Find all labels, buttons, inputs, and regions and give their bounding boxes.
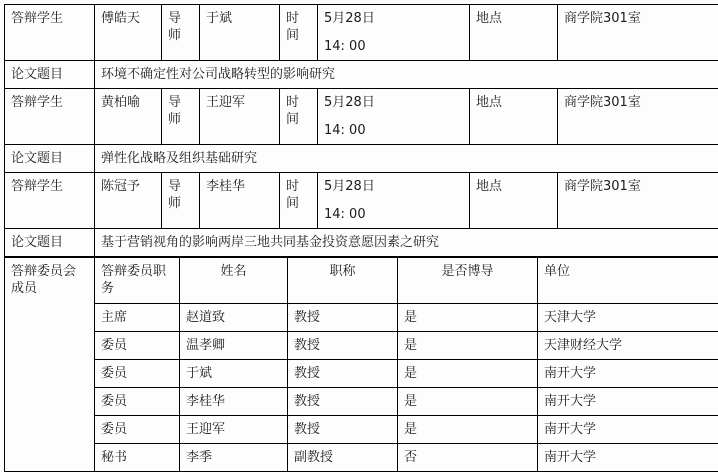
defense-session-table: 答辩学生 黄柏喻 导师 王迎军 时间 5月28日 14: 00 地点 商学院30… bbox=[4, 88, 718, 173]
defense-session-block: 答辩学生 陈冠予 导师 李桂华 时间 5月28日 14: 00 地点 商学院30… bbox=[4, 172, 714, 257]
thesis-label: 论文题目 bbox=[5, 145, 95, 173]
committee-header-doctoral-supervisor: 是否博导 bbox=[398, 258, 538, 304]
member-role: 委员 bbox=[95, 388, 180, 416]
committee-member-row: 委员 李桂华 教授 是 南开大学 bbox=[5, 388, 718, 416]
advisor-name: 王迎军 bbox=[200, 89, 280, 145]
member-doctoral-supervisor: 是 bbox=[398, 388, 538, 416]
defense-time: 14: 00 bbox=[324, 38, 463, 55]
member-doctoral-supervisor: 否 bbox=[398, 444, 538, 472]
student-label: 答辩学生 bbox=[5, 173, 95, 229]
member-role: 主席 bbox=[95, 304, 180, 332]
advisor-label: 导师 bbox=[162, 89, 200, 145]
committee-member-row: 委员 温孝卿 教授 是 天津财经大学 bbox=[5, 332, 718, 360]
member-title: 教授 bbox=[288, 304, 398, 332]
session-main-row: 答辩学生 傅皓天 导师 于斌 时间 5月28日 14: 00 地点 商学院301… bbox=[5, 5, 718, 61]
committee-member-row: 委员 于斌 教授 是 南开大学 bbox=[5, 360, 718, 388]
location-label: 地点 bbox=[470, 5, 558, 61]
student-name: 黄柏喻 bbox=[95, 89, 162, 145]
member-role: 委员 bbox=[95, 360, 180, 388]
defense-session-table: 答辩学生 陈冠予 导师 李桂华 时间 5月28日 14: 00 地点 商学院30… bbox=[4, 172, 718, 257]
member-title: 教授 bbox=[288, 416, 398, 444]
member-name: 于斌 bbox=[180, 360, 288, 388]
time-label: 时间 bbox=[280, 173, 318, 229]
student-label: 答辩学生 bbox=[5, 89, 95, 145]
student-name: 傅皓天 bbox=[95, 5, 162, 61]
committee-member-row: 委员 王迎军 教授 是 南开大学 bbox=[5, 416, 718, 444]
member-role: 委员 bbox=[95, 416, 180, 444]
defense-date: 5月28日 bbox=[324, 178, 463, 195]
member-title: 副教授 bbox=[288, 444, 398, 472]
committee-header-name: 姓名 bbox=[180, 258, 288, 304]
location-value: 商学院301室 bbox=[558, 173, 718, 229]
committee-section-label: 答辩委员会成员 bbox=[5, 258, 95, 472]
member-organization: 天津大学 bbox=[538, 304, 718, 332]
location-value: 商学院301室 bbox=[558, 89, 718, 145]
defense-date: 5月28日 bbox=[324, 94, 463, 111]
advisor-label: 导师 bbox=[162, 173, 200, 229]
member-organization: 天津财经大学 bbox=[538, 332, 718, 360]
defense-time: 14: 00 bbox=[324, 122, 463, 139]
defense-schedule-document: 答辩学生 傅皓天 导师 于斌 时间 5月28日 14: 00 地点 商学院301… bbox=[0, 0, 718, 472]
location-value: 商学院301室 bbox=[558, 5, 718, 61]
member-doctoral-supervisor: 是 bbox=[398, 332, 538, 360]
advisor-name: 于斌 bbox=[200, 5, 280, 61]
member-name: 赵道致 bbox=[180, 304, 288, 332]
datetime-cell: 5月28日 14: 00 bbox=[318, 5, 470, 61]
location-label: 地点 bbox=[470, 89, 558, 145]
member-doctoral-supervisor: 是 bbox=[398, 360, 538, 388]
defense-session-table: 答辩学生 傅皓天 导师 于斌 时间 5月28日 14: 00 地点 商学院301… bbox=[4, 4, 718, 89]
member-title: 教授 bbox=[288, 360, 398, 388]
member-title: 教授 bbox=[288, 332, 398, 360]
defense-date: 5月28日 bbox=[324, 10, 463, 27]
member-name: 王迎军 bbox=[180, 416, 288, 444]
schedule-table: 答辩学生 傅皓天 导师 于斌 时间 5月28日 14: 00 地点 商学院301… bbox=[4, 4, 714, 472]
thesis-label: 论文题目 bbox=[5, 61, 95, 89]
thesis-row: 论文题目 基于营销视角的影响两岸三地共同基金投资意愿因素之研究 bbox=[5, 229, 718, 257]
member-name: 李季 bbox=[180, 444, 288, 472]
thesis-row: 论文题目 弹性化战略及组织基础研究 bbox=[5, 145, 718, 173]
member-name: 李桂华 bbox=[180, 388, 288, 416]
session-main-row: 答辩学生 陈冠予 导师 李桂华 时间 5月28日 14: 00 地点 商学院30… bbox=[5, 173, 718, 229]
location-label: 地点 bbox=[470, 173, 558, 229]
member-organization: 南开大学 bbox=[538, 416, 718, 444]
thesis-row: 论文题目 环境不确定性对公司战略转型的影响研究 bbox=[5, 61, 718, 89]
member-organization: 南开大学 bbox=[538, 444, 718, 472]
defense-session-block: 答辩学生 黄柏喻 导师 王迎军 时间 5月28日 14: 00 地点 商学院30… bbox=[4, 88, 714, 173]
student-label: 答辩学生 bbox=[5, 5, 95, 61]
thesis-title: 基于营销视角的影响两岸三地共同基金投资意愿因素之研究 bbox=[95, 229, 718, 257]
thesis-label: 论文题目 bbox=[5, 229, 95, 257]
datetime-cell: 5月28日 14: 00 bbox=[318, 173, 470, 229]
member-organization: 南开大学 bbox=[538, 360, 718, 388]
committee-table: 答辩委员会成员 答辩委员职务 姓名 职称 是否博导 单位 主席 赵道致 教授 是… bbox=[4, 257, 718, 472]
defense-time: 14: 00 bbox=[324, 206, 463, 223]
committee-header-role: 答辩委员职务 bbox=[95, 258, 180, 304]
committee-header-row: 答辩委员会成员 答辩委员职务 姓名 职称 是否博导 单位 bbox=[5, 258, 718, 304]
thesis-title: 弹性化战略及组织基础研究 bbox=[95, 145, 718, 173]
committee-header-title: 职称 bbox=[288, 258, 398, 304]
defense-session-block: 答辩学生 傅皓天 导师 于斌 时间 5月28日 14: 00 地点 商学院301… bbox=[4, 4, 714, 89]
member-title: 教授 bbox=[288, 388, 398, 416]
advisor-label: 导师 bbox=[162, 5, 200, 61]
member-doctoral-supervisor: 是 bbox=[398, 304, 538, 332]
time-label: 时间 bbox=[280, 89, 318, 145]
datetime-cell: 5月28日 14: 00 bbox=[318, 89, 470, 145]
committee-header-organization: 单位 bbox=[538, 258, 718, 304]
student-name: 陈冠予 bbox=[95, 173, 162, 229]
member-organization: 南开大学 bbox=[538, 388, 718, 416]
committee-member-row: 主席 赵道致 教授 是 天津大学 bbox=[5, 304, 718, 332]
member-doctoral-supervisor: 是 bbox=[398, 416, 538, 444]
thesis-title: 环境不确定性对公司战略转型的影响研究 bbox=[95, 61, 718, 89]
time-label: 时间 bbox=[280, 5, 318, 61]
member-role: 秘书 bbox=[95, 444, 180, 472]
advisor-name: 李桂华 bbox=[200, 173, 280, 229]
member-name: 温孝卿 bbox=[180, 332, 288, 360]
session-main-row: 答辩学生 黄柏喻 导师 王迎军 时间 5月28日 14: 00 地点 商学院30… bbox=[5, 89, 718, 145]
member-role: 委员 bbox=[95, 332, 180, 360]
defense-sessions-container: 答辩学生 傅皓天 导师 于斌 时间 5月28日 14: 00 地点 商学院301… bbox=[4, 4, 714, 257]
committee-member-row: 秘书 李季 副教授 否 南开大学 bbox=[5, 444, 718, 472]
